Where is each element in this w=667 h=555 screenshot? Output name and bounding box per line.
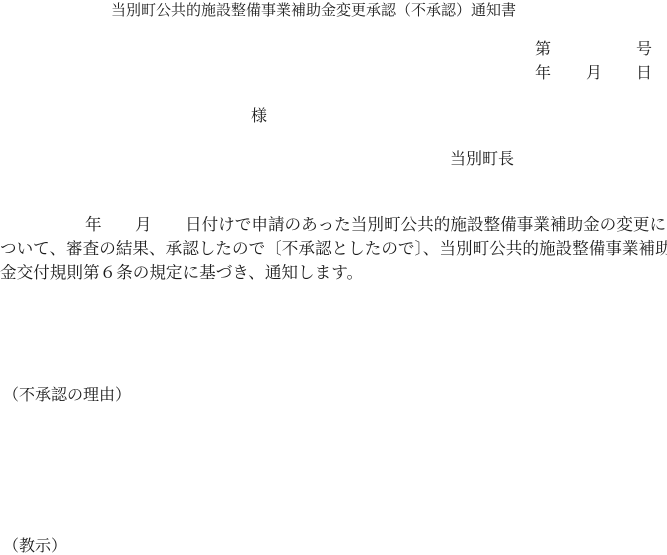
notice-body: 年 月 日付けで申請のあった当別町公共的施設整備事業補助金の変更に ついて、審査… xyxy=(0,213,667,285)
sender-name: 当別町長 xyxy=(450,151,514,167)
date-month: 月 xyxy=(586,65,602,81)
body-line-3-text: 金交付規則第６条の規定に基づき、通知します。 xyxy=(0,261,363,285)
body-line-1-text: 日付けで申請のあった当別町公共的施設整備事業補助金の変更に xyxy=(185,213,666,237)
addressee-honorific: 様 xyxy=(251,108,267,124)
body-line-2-text: ついて、審査の結果、承認したので〔不承認としたので〕、当別町公共的施設整備事業補… xyxy=(0,237,667,261)
date-day: 日 xyxy=(636,65,652,81)
number-suffix: 号 xyxy=(636,41,652,57)
instruction-heading: （教示） xyxy=(3,538,67,554)
date-year: 年 xyxy=(535,65,551,81)
body-line-1: 年 月 日付けで申請のあった当別町公共的施設整備事業補助金の変更に xyxy=(0,213,667,237)
number-prefix: 第 xyxy=(535,41,551,57)
disapproval-reason-heading: （不承認の理由） xyxy=(3,387,131,403)
document-title: 当別町公共的施設整備事業補助金変更承認（不承認）通知書 xyxy=(111,3,516,18)
body-date-month: 月 xyxy=(135,213,152,237)
body-date-year: 年 xyxy=(85,213,102,237)
body-line-3: 金交付規則第６条の規定に基づき、通知します。 xyxy=(0,261,667,285)
body-line-2: ついて、審査の結果、承認したので〔不承認としたので〕、当別町公共的施設整備事業補… xyxy=(0,237,667,261)
